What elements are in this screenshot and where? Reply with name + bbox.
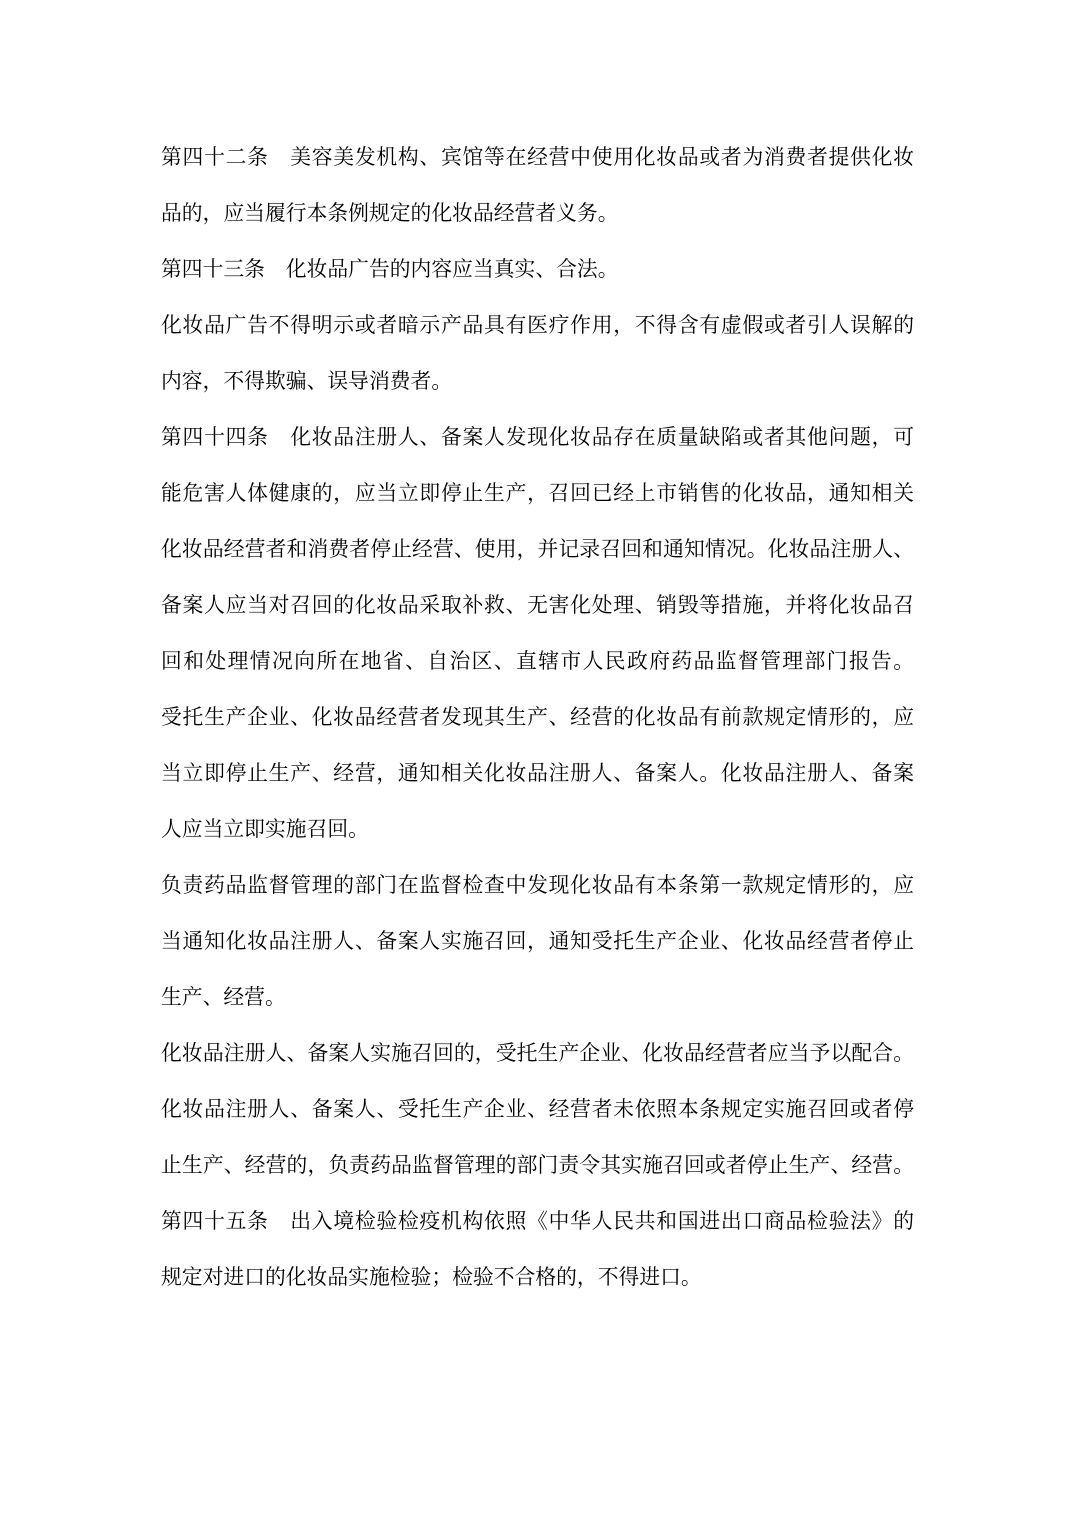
text-line: 化妆品注册人、备案人实施召回的，受托生产企业、化妆品经营者应当予以配合。 [161,1026,914,1082]
document-body: 第四十二条 美容美发机构、宾馆等在经营中使用化妆品或者为消费者提供化妆 品的，应… [161,130,914,1306]
text-line: 生产、经营。 [161,970,914,1026]
text-line: 化妆品注册人、备案人、受托生产企业、经营者未依照本条规定实施召回或者停 [161,1082,914,1138]
text-line: 负责药品监督管理的部门在监督检查中发现化妆品有本条第一款规定情形的，应 [161,858,914,914]
text-line: 受托生产企业、化妆品经营者发现其生产、经营的化妆品有前款规定情形的，应 [161,690,914,746]
article-44-paragraph-3: 负责药品监督管理的部门在监督检查中发现化妆品有本条第一款规定情形的，应 当通知化… [161,858,914,1026]
article-45-paragraph: 第四十五条 出入境检验检疫机构依照《中华人民共和国进出口商品检验法》的 规定对进… [161,1194,914,1306]
text-line: 内容，不得欺骗、误导消费者。 [161,354,914,410]
article-42-paragraph: 第四十二条 美容美发机构、宾馆等在经营中使用化妆品或者为消费者提供化妆 品的，应… [161,130,914,242]
article-44-paragraph-1: 第四十四条 化妆品注册人、备案人发现化妆品存在质量缺陷或者其他问题，可 能危害人… [161,410,914,690]
text-line: 品的，应当履行本条例规定的化妆品经营者义务。 [161,186,914,242]
article-43-paragraph-1: 第四十三条 化妆品广告的内容应当真实、合法。 [161,242,914,298]
text-line: 第四十二条 美容美发机构、宾馆等在经营中使用化妆品或者为消费者提供化妆 [161,130,914,186]
document-page: 第四十二条 美容美发机构、宾馆等在经营中使用化妆品或者为消费者提供化妆 品的，应… [0,0,1074,1520]
text-line: 止生产、经营的，负责药品监督管理的部门责令其实施召回或者停止生产、经营。 [161,1138,914,1194]
text-line: 回和处理情况向所在地省、自治区、直辖市人民政府药品监督管理部门报告。 [161,634,914,690]
text-line: 规定对进口的化妆品实施检验；检验不合格的，不得进口。 [161,1250,914,1306]
article-44-paragraph-2: 受托生产企业、化妆品经营者发现其生产、经营的化妆品有前款规定情形的，应 当立即停… [161,690,914,858]
article-44-paragraph-5: 化妆品注册人、备案人、受托生产企业、经营者未依照本条规定实施召回或者停 止生产、… [161,1082,914,1194]
text-line: 能危害人体健康的，应当立即停止生产，召回已经上市销售的化妆品，通知相关 [161,466,914,522]
text-line: 人应当立即实施召回。 [161,802,914,858]
text-line: 第四十四条 化妆品注册人、备案人发现化妆品存在质量缺陷或者其他问题，可 [161,410,914,466]
text-line: 化妆品经营者和消费者停止经营、使用，并记录召回和通知情况。化妆品注册人、 [161,522,914,578]
text-line: 当立即停止生产、经营，通知相关化妆品注册人、备案人。化妆品注册人、备案 [161,746,914,802]
text-line: 备案人应当对召回的化妆品采取补救、无害化处理、销毁等措施，并将化妆品召 [161,578,914,634]
article-44-paragraph-4: 化妆品注册人、备案人实施召回的，受托生产企业、化妆品经营者应当予以配合。 [161,1026,914,1082]
text-line: 第四十三条 化妆品广告的内容应当真实、合法。 [161,242,914,298]
article-43-paragraph-2: 化妆品广告不得明示或者暗示产品具有医疗作用，不得含有虚假或者引人误解的 内容，不… [161,298,914,410]
text-line: 化妆品广告不得明示或者暗示产品具有医疗作用，不得含有虚假或者引人误解的 [161,298,914,354]
text-line: 第四十五条 出入境检验检疫机构依照《中华人民共和国进出口商品检验法》的 [161,1194,914,1250]
text-line: 当通知化妆品注册人、备案人实施召回，通知受托生产企业、化妆品经营者停止 [161,914,914,970]
